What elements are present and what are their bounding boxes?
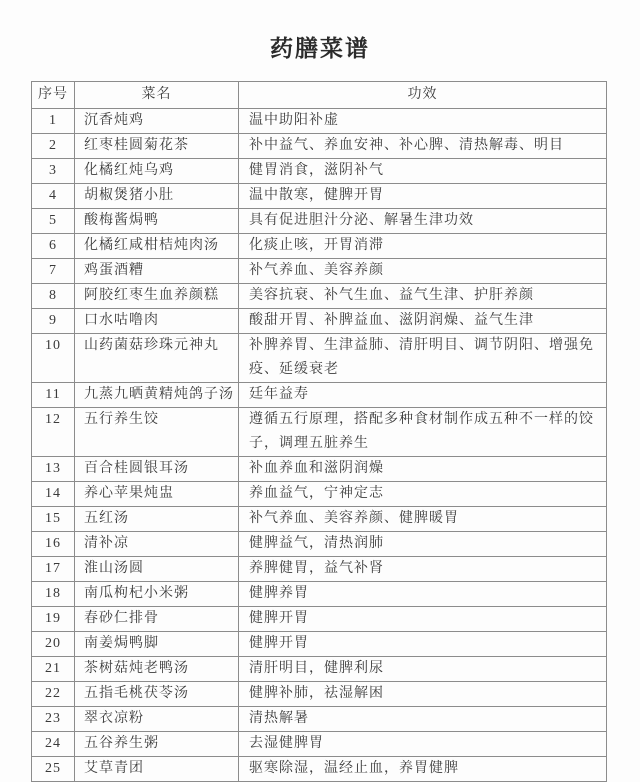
row-number: 18	[32, 582, 75, 607]
table-row: 12 五行养生饺 遵循五行原理，搭配多种食材制作成五种不一样的饺子，调理五脏养生	[32, 408, 607, 457]
row-number: 23	[32, 707, 75, 732]
row-number: 19	[32, 607, 75, 632]
row-number: 5	[32, 209, 75, 234]
dish-name: 化橘红咸柑桔炖肉汤	[75, 234, 239, 259]
table-row: 14 养心苹果炖盅 养血益气，宁神定志	[32, 482, 607, 507]
dish-effect: 去湿健脾胃	[239, 732, 607, 757]
table-row: 8 阿胶红枣生血养颜糕 美容抗衰、补气生血、益气生津、护肝养颜	[32, 284, 607, 309]
table-row: 20 南姜焗鸭脚 健脾开胃	[32, 632, 607, 657]
row-number: 21	[32, 657, 75, 682]
dish-name: 沉香炖鸡	[75, 109, 239, 134]
row-number: 24	[32, 732, 75, 757]
dish-effect: 补血养血和滋阴润燥	[239, 457, 607, 482]
dish-name: 胡椒煲猪小肚	[75, 184, 239, 209]
row-number: 13	[32, 457, 75, 482]
header-no: 序号	[32, 82, 75, 109]
row-number: 3	[32, 159, 75, 184]
dish-effect: 健脾益气，清热润肺	[239, 532, 607, 557]
table-row: 15 五红汤 补气养血、美容养颜、健脾暖胃	[32, 507, 607, 532]
row-number: 7	[32, 259, 75, 284]
table-row: 13 百合桂圆银耳汤 补血养血和滋阴润燥	[32, 457, 607, 482]
table-row: 1 沉香炖鸡 温中助阳补虚	[32, 109, 607, 134]
dish-name: 南瓜枸杞小米粥	[75, 582, 239, 607]
dish-name: 山药菌菇珍珠元神丸	[75, 334, 239, 383]
table-row: 3 化橘红炖乌鸡 健胃消食，滋阴补气	[32, 159, 607, 184]
dish-effect: 养脾健胃，益气补肾	[239, 557, 607, 582]
table-row: 24 五谷养生粥 去湿健脾胃	[32, 732, 607, 757]
table-row: 21 茶树菇炖老鸭汤 清肝明目，健脾利尿	[32, 657, 607, 682]
dish-effect: 具有促进胆汁分泌、解暑生津功效	[239, 209, 607, 234]
row-number: 10	[32, 334, 75, 383]
dish-effect: 补脾养胃、生津益肺、清肝明目、调节阴阳、增强免疫、延缓衰老	[239, 334, 607, 383]
row-number: 9	[32, 309, 75, 334]
row-number: 15	[32, 507, 75, 532]
table-row: 4 胡椒煲猪小肚 温中散寒，健脾开胃	[32, 184, 607, 209]
dish-effect: 健脾开胃	[239, 607, 607, 632]
dish-name: 春砂仁排骨	[75, 607, 239, 632]
dish-name: 淮山汤圆	[75, 557, 239, 582]
dish-effect: 温中助阳补虚	[239, 109, 607, 134]
document-page: 药膳菜谱 序号 菜名 功效 1 沉香炖鸡 温中助阳补虚	[0, 0, 640, 782]
row-number: 22	[32, 682, 75, 707]
table-body: 1 沉香炖鸡 温中助阳补虚 2 红枣桂圆菊花茶 补中益气、养血安神、补心脾、清热…	[32, 109, 607, 782]
dish-name: 五红汤	[75, 507, 239, 532]
row-number: 4	[32, 184, 75, 209]
dish-name: 阿胶红枣生血养颜糕	[75, 284, 239, 309]
dish-effect: 驱寒除湿，温经止血，养胃健脾	[239, 757, 607, 782]
row-number: 11	[32, 383, 75, 408]
dish-name: 五指毛桃茯苓汤	[75, 682, 239, 707]
row-number: 1	[32, 109, 75, 134]
table-row: 11 九蒸九晒黄精炖鸽子汤 廷年益寿	[32, 383, 607, 408]
table-row: 16 清补凉 健脾益气，清热润肺	[32, 532, 607, 557]
dish-effect: 健脾开胃	[239, 632, 607, 657]
row-number: 17	[32, 557, 75, 582]
dish-name: 红枣桂圆菊花茶	[75, 134, 239, 159]
table-row: 25 艾草青团 驱寒除湿，温经止血，养胃健脾	[32, 757, 607, 782]
dish-name: 百合桂圆银耳汤	[75, 457, 239, 482]
table-row: 9 口水咕噜肉 酸甜开胃、补脾益血、滋阴润燥、益气生津	[32, 309, 607, 334]
dish-name: 茶树菇炖老鸭汤	[75, 657, 239, 682]
row-number: 6	[32, 234, 75, 259]
dish-effect: 健脾养胃	[239, 582, 607, 607]
table-row: 22 五指毛桃茯苓汤 健脾补肺，祛湿解困	[32, 682, 607, 707]
dish-effect: 酸甜开胃、补脾益血、滋阴润燥、益气生津	[239, 309, 607, 334]
row-number: 14	[32, 482, 75, 507]
header-effect: 功效	[239, 82, 607, 109]
dish-name: 鸡蛋酒糟	[75, 259, 239, 284]
row-number: 2	[32, 134, 75, 159]
table-row: 10 山药菌菇珍珠元神丸 补脾养胃、生津益肺、清肝明目、调节阴阳、增强免疫、延缓…	[32, 334, 607, 383]
dish-name: 养心苹果炖盅	[75, 482, 239, 507]
dish-effect: 廷年益寿	[239, 383, 607, 408]
table-header-row: 序号 菜名 功效	[32, 82, 607, 109]
dish-effect: 美容抗衰、补气生血、益气生津、护肝养颜	[239, 284, 607, 309]
dish-effect: 健脾补肺，祛湿解困	[239, 682, 607, 707]
dish-name: 九蒸九晒黄精炖鸽子汤	[75, 383, 239, 408]
dish-effect: 补气养血、美容养颜	[239, 259, 607, 284]
dish-effect: 清肝明目，健脾利尿	[239, 657, 607, 682]
page-title: 药膳菜谱	[0, 0, 640, 62]
dish-effect: 养血益气，宁神定志	[239, 482, 607, 507]
dish-name: 酸梅酱焗鸭	[75, 209, 239, 234]
dish-effect: 健胃消食，滋阴补气	[239, 159, 607, 184]
table-row: 7 鸡蛋酒糟 补气养血、美容养颜	[32, 259, 607, 284]
dish-name: 清补凉	[75, 532, 239, 557]
table-row: 18 南瓜枸杞小米粥 健脾养胃	[32, 582, 607, 607]
table-row: 5 酸梅酱焗鸭 具有促进胆汁分泌、解暑生津功效	[32, 209, 607, 234]
row-number: 16	[32, 532, 75, 557]
dish-name: 五谷养生粥	[75, 732, 239, 757]
table-row: 23 翠衣凉粉 清热解暑	[32, 707, 607, 732]
dish-name: 化橘红炖乌鸡	[75, 159, 239, 184]
medicinal-menu-table: 序号 菜名 功效 1 沉香炖鸡 温中助阳补虚 2 红枣桂圆菊花茶 补中益气、养血…	[31, 81, 607, 782]
row-number: 8	[32, 284, 75, 309]
dish-name: 五行养生饺	[75, 408, 239, 457]
row-number: 20	[32, 632, 75, 657]
header-name: 菜名	[75, 82, 239, 109]
dish-name: 南姜焗鸭脚	[75, 632, 239, 657]
dish-effect: 补中益气、养血安神、补心脾、清热解毒、明目	[239, 134, 607, 159]
table-row: 2 红枣桂圆菊花茶 补中益气、养血安神、补心脾、清热解毒、明目	[32, 134, 607, 159]
dish-effect: 补气养血、美容养颜、健脾暖胃	[239, 507, 607, 532]
table-row: 6 化橘红咸柑桔炖肉汤 化痰止咳，开胃消滞	[32, 234, 607, 259]
dish-effect: 化痰止咳，开胃消滞	[239, 234, 607, 259]
dish-name: 艾草青团	[75, 757, 239, 782]
dish-effect: 清热解暑	[239, 707, 607, 732]
table-row: 17 淮山汤圆 养脾健胃，益气补肾	[32, 557, 607, 582]
table-row: 19 春砂仁排骨 健脾开胃	[32, 607, 607, 632]
dish-effect: 遵循五行原理，搭配多种食材制作成五种不一样的饺子，调理五脏养生	[239, 408, 607, 457]
dish-effect: 温中散寒，健脾开胃	[239, 184, 607, 209]
row-number: 12	[32, 408, 75, 457]
row-number: 25	[32, 757, 75, 782]
dish-name: 翠衣凉粉	[75, 707, 239, 732]
dish-name: 口水咕噜肉	[75, 309, 239, 334]
